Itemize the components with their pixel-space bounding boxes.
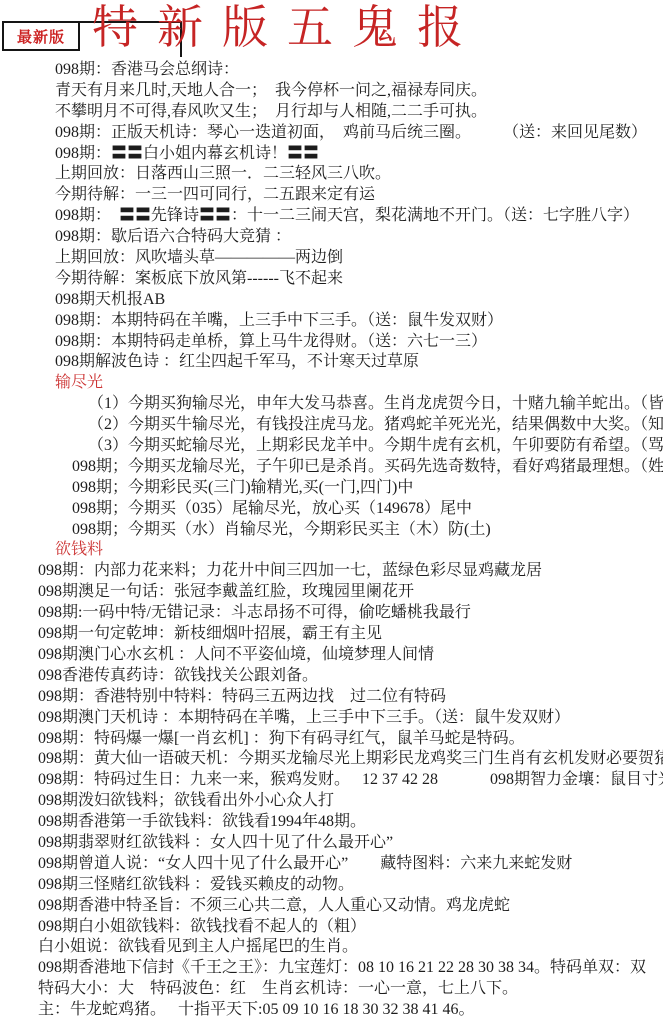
text-line: 白小姐说：欲钱看见到主人户摇尾巴的生肖。 xyxy=(0,937,663,958)
content-lines: 098期：香港马会总纲诗：青天有月来几时,天地人合一； 我今停杯一问之,福禄寿同… xyxy=(0,58,663,1021)
text-line: 上期回放：日落西山三照一．二三轻风三八吹。 xyxy=(0,164,663,185)
text-line: 098期泼妇欲钱料；欲钱看出外小心众人打 xyxy=(0,791,663,812)
text-line: 098期香港中特圣旨：不须三心共二意，人人重心又动情。鸡龙虎蛇 xyxy=(0,896,663,917)
text-line: 098期天机报AB xyxy=(0,290,663,311)
section-header: 输尽光 xyxy=(0,373,663,394)
text-line: 098期曾道人说：“女人四十见了什么最开心” 藏特图料：六来九来蛇发财 xyxy=(0,854,663,875)
masthead: 最新版 特新版五鬼报 xyxy=(0,0,663,58)
text-line: 上期回放：风吹墙头草—————两边倒 xyxy=(0,248,663,269)
text-line: 098期：黄大仙一语破天机：今期买龙输尽光上期彩民龙鸡奖三门生肖有玄机发财必要贺… xyxy=(0,749,663,770)
text-line: 098期：特码爆一爆[一肖玄机] ：狗下有码寻红气，鼠羊马蛇是特码。 xyxy=(0,729,663,750)
text-line: 098期香港第一手欲钱料：欲钱看1994年48期。 xyxy=(0,812,663,833)
text-line: 098期：本期特码走单桥，算上马牛龙得财。（送：六七一三） xyxy=(0,332,663,353)
page-title: 特新版五鬼报 xyxy=(92,0,482,56)
text-line: （1）今期买狗输尽光，申年大发马恭喜。生肖龙虎贺今日，十赌九输羊蛇出。（皆） xyxy=(0,394,663,415)
text-line: 098香港传真药诗：欲钱找关公跟刘备。 xyxy=(0,666,663,687)
text-line: 098期澳门心水玄机 ：人问不平姿仙境，仙境梦理人间情 xyxy=(0,645,663,666)
text-line: 098期：正版天机诗：琴心一迭道初面， 鸡前马后统三圈。 （送：来回见尾数） xyxy=(0,123,663,144)
text-line: 098期翡翠财红欲钱料 ：女人四十见了什么最开心” xyxy=(0,833,663,854)
text-line: 098期：内部力花来料；力花廾中间三四加一七，蓝绿色彩尽显鸡藏龙居 xyxy=(0,561,663,582)
text-line: 098期：香港特别中特料：特码三五两边找 过二位有特码 xyxy=(0,687,663,708)
text-line: 不攀明月不可得,春风吹又生； 月行却与人相随,二二手可执。 xyxy=(0,102,663,123)
text-line: 098期： 〓〓先锋诗〓〓：十一二三闹天宫，梨花满地不开门。（送：七字胜八字） xyxy=(0,206,663,227)
badge-label: 最新版 xyxy=(17,26,65,47)
text-line: 098期：〓〓白小姐内幕玄机诗！〓〓 xyxy=(0,144,663,165)
latest-edition-badge: 最新版 xyxy=(2,21,80,51)
text-line: 098期；今期买（水）肖输尽光，今期彩民买主（木）防(土) xyxy=(0,520,663,541)
text-line: 098期；今期彩民买(三门)输精光,买(一门,四门)中 xyxy=(0,478,663,499)
text-line: 特码大小：大 特码波色：红 生肖玄机诗：一心一意，七上八下。 xyxy=(0,979,663,1000)
text-line: 098期白小姐欲钱料：欲钱找看不起人的（粗） xyxy=(0,917,663,938)
text-line: （3）今期买蛇输尽光，上期彩民龙羊中。今期牛虎有玄机，午卯要防有希望。（骂） xyxy=(0,436,663,457)
text-line: （2）今期买牛输尽光，有钱投注虎马龙。猪鸡蛇羊死光光，结果偶数中大奖。（知） xyxy=(0,415,663,436)
text-line: 098期三怪赌红欲钱料 ：爱钱买赖皮的动物。 xyxy=(0,875,663,896)
text-line: 098期澳足一句话：张冠李戴盖红脸，玫瑰园里阑花开 xyxy=(0,582,663,603)
text-line: 主：牛龙蛇鸡猪。 十指平天下:05 09 10 16 18 30 32 38 4… xyxy=(0,1000,663,1021)
text-line: 098期：香港马会总纲诗： xyxy=(0,60,663,81)
text-line: 098期一句定乾坤：新枝细烟叶招展，霸王有主见 xyxy=(0,624,663,645)
text-line: 098期：特码过生日：九来一来，猴鸡发财。 12 37 42 28 098期智力… xyxy=(0,770,663,791)
text-line: 098期；今期买（035）尾输尽光，放心买（149678）尾中 xyxy=(0,499,663,520)
text-line: 098期解波色诗 ：红尘四起千军马，不计寒天过草原 xyxy=(0,352,663,373)
text-line: 098期澳门天机诗 ：本期特码在羊嘴，上三手中下三手。（送：鼠牛发双财） xyxy=(0,708,663,729)
section-header: 欲钱料 xyxy=(0,540,663,561)
text-line: 098期：歇后语六合特码大竞猜 ： xyxy=(0,227,663,248)
text-line: 098期:一码中特/无错记录：斗志昂扬不可得，偷吃蟠桃我最行 xyxy=(0,603,663,624)
text-line: 098期香港地下信封《千王之王》：九宝莲灯：08 10 16 21 22 28 … xyxy=(0,958,663,979)
text-line: 098期：本期特码在羊嘴，上三手中下三手。（送：鼠牛发双财） xyxy=(0,311,663,332)
text-line: 今期待解：案板底下放风第------飞不起来 xyxy=(0,269,663,290)
text-line: 青天有月来几时,天地人合一； 我今停杯一问之,福禄寿同庆。 xyxy=(0,81,663,102)
text-line: 098期；今期买龙输尽光，子午卯已是杀肖。买码先选奇数特，看好鸡猪最理想。（姓） xyxy=(0,457,663,478)
text-line: 今期待解：一三一四可同行，二五跟来定有运 xyxy=(0,185,663,206)
